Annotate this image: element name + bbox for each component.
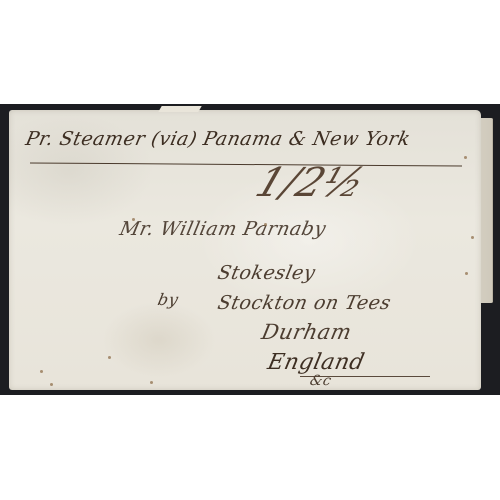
postage-rate-marking: 1/2½ xyxy=(250,160,372,206)
routing-endorsement: Pr. Steamer (via) Panama & New York xyxy=(24,128,413,150)
foxing-spot xyxy=(40,370,43,373)
postal-cover xyxy=(9,110,481,390)
address-town: Stokesley xyxy=(216,262,318,284)
addressee-name: Mr. William Parnaby xyxy=(118,218,328,240)
foxing-spot xyxy=(464,156,467,159)
address-route: Stockton on Tees xyxy=(216,292,393,314)
foxing-spot xyxy=(465,272,468,275)
foxing-spot xyxy=(50,383,53,386)
address-via-label: by xyxy=(156,290,180,309)
foxing-spot xyxy=(471,236,474,239)
foxing-spot xyxy=(132,218,135,221)
address-county: Durham xyxy=(259,320,353,344)
address-country: England xyxy=(265,350,367,375)
foxing-spot xyxy=(108,356,111,359)
envelope-top-flap-edge xyxy=(158,106,201,112)
foxing-spot xyxy=(264,223,267,226)
foxing-spot xyxy=(150,381,153,384)
address-suffix: &c xyxy=(308,373,333,389)
